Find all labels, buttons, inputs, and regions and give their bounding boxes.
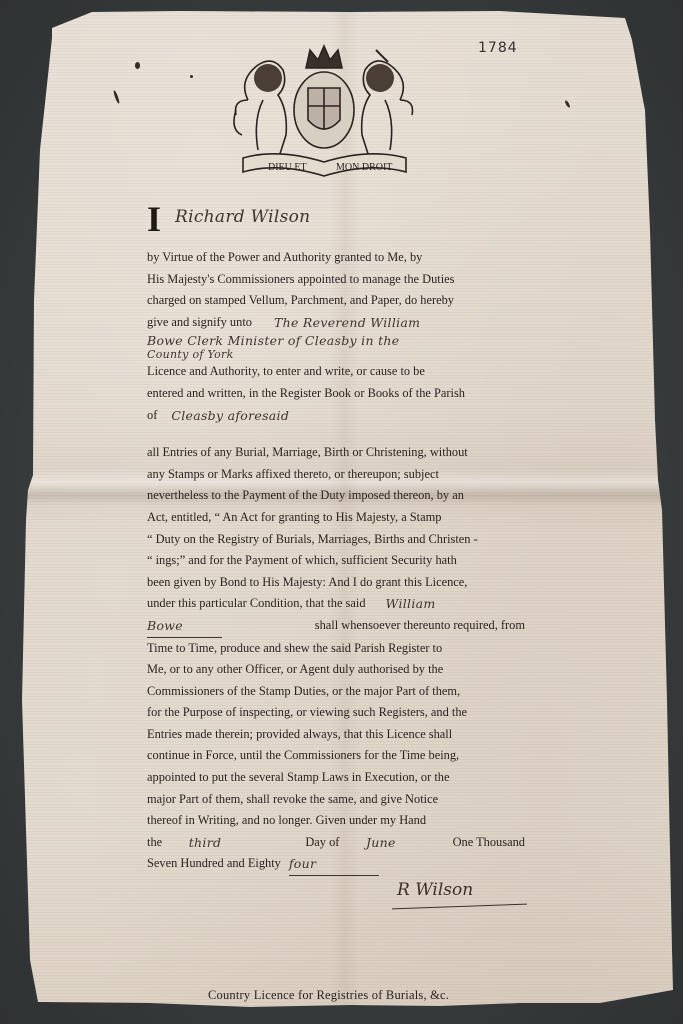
text-line: “ Duty on the Registry of Burials, Marri… — [147, 529, 525, 551]
give-signify-text: give and signify unto — [147, 312, 252, 334]
opening-letter: I — [147, 201, 161, 237]
ink-spot — [190, 75, 193, 78]
issuer-name-handwritten: Richard Wilson — [175, 207, 310, 229]
year-handwritten: four — [289, 853, 379, 876]
date-the: the — [147, 832, 162, 854]
text-line: major Part of them, shall revoke the sam… — [147, 789, 525, 811]
text-line: “ ings;” and for the Payment of which, s… — [147, 550, 525, 572]
surname-handwritten: Bowe — [147, 615, 222, 638]
year-printed: Seven Hundred and Eighty — [147, 853, 281, 876]
one-thousand-text: One Thousand — [453, 832, 525, 854]
text-line: Act, entitled, “ An Act for granting to … — [147, 507, 525, 529]
ink-mark — [113, 90, 121, 104]
ink-spot — [135, 62, 140, 69]
text-line: for the Purpose of inspecting, or viewin… — [147, 702, 525, 724]
day-handwritten: third — [189, 832, 279, 854]
condition-text: under this particular Condition, that th… — [147, 593, 366, 615]
condition-name-handwritten: William — [386, 593, 436, 615]
text-line: by Virtue of the Power and Authority gra… — [147, 247, 525, 269]
text-line: entered and written, in the Register Boo… — [147, 383, 525, 405]
text-line: Me, or to any other Officer, or Agent du… — [147, 659, 525, 681]
licence-text: I Richard Wilson by Virtue of the Power … — [147, 195, 525, 906]
shall-text: shall whensoever thereunto required, fro… — [315, 615, 525, 638]
grantee-handwritten-2: Bowe Clerk Minister of Cleasby in the — [147, 333, 399, 349]
year-annotation: 1784 — [478, 40, 518, 56]
motto-left: DIEU ET — [268, 162, 307, 173]
signature-block: R Wilson — [147, 876, 525, 906]
parish-handwritten: Cleasby aforesaid — [171, 405, 289, 427]
spacer — [147, 426, 525, 442]
grantee-handwritten-3: County of York — [147, 349, 234, 361]
signature: R Wilson — [397, 880, 473, 902]
parish-line: of Cleasby aforesaid — [147, 405, 525, 427]
text-line: thereof in Writing, and no longer. Given… — [147, 810, 525, 832]
text-line: nevertheless to the Payment of the Duty … — [147, 485, 525, 507]
opening-row: I Richard Wilson — [147, 195, 525, 237]
grantee-line-2: Bowe Clerk Minister of Cleasby in the — [147, 333, 525, 349]
text-line: Commissioners of the Stamp Duties, or th… — [147, 681, 525, 703]
footer-title: Country Licence for Registries of Burial… — [208, 988, 449, 1003]
ink-mark — [564, 100, 571, 108]
text-line: Time to Time, produce and shew the said … — [147, 638, 525, 660]
text-line: appointed to put the several Stamp Laws … — [147, 767, 525, 789]
of-label: of — [147, 405, 157, 427]
text-line: His Majesty's Commissioners appointed to… — [147, 269, 525, 291]
text-line: continue in Force, until the Commissione… — [147, 745, 525, 767]
text-line: all Entries of any Burial, Marriage, Bir… — [147, 442, 525, 464]
shall-line: Bowe shall whensoever thereunto required… — [147, 615, 525, 638]
motto-right: MON DROIT — [336, 162, 392, 173]
month-handwritten: June — [366, 832, 426, 854]
text-line: Licence and Authority, to enter and writ… — [147, 361, 525, 383]
text-line: Entries made therein; provided always, t… — [147, 724, 525, 746]
text-line: any Stamps or Marks affixed thereto, or … — [147, 464, 525, 486]
condition-line: under this particular Condition, that th… — [147, 593, 525, 615]
day-of-text: Day of — [305, 832, 339, 854]
date-line: the third Day of June One Thousand — [147, 832, 525, 854]
text-line: been given by Bond to His Majesty: And I… — [147, 572, 525, 594]
grantee-handwritten-1: The Reverend William — [274, 312, 420, 334]
royal-coat-of-arms-icon: DIEU ET MON DROIT — [228, 40, 420, 182]
year-line: Seven Hundred and Eighty four — [147, 853, 525, 876]
grantee-line: give and signify unto The Reverend Willi… — [147, 312, 525, 334]
text-line: charged on stamped Vellum, Parchment, an… — [147, 290, 525, 312]
grantee-line-3: County of York — [147, 349, 525, 361]
